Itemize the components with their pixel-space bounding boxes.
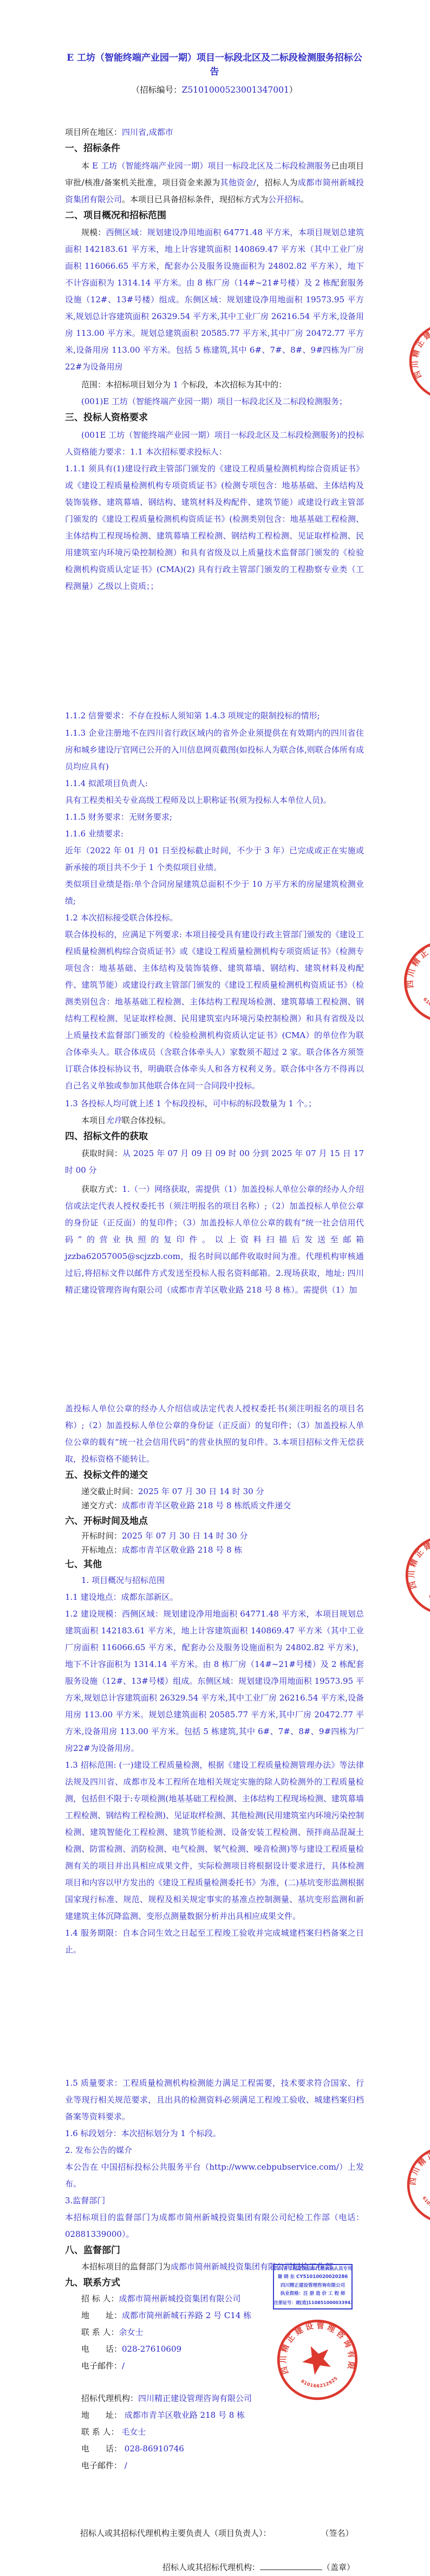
other-1-4: 1.4 服务期限：自本合同生效之日起至工程竣工验收并完成城建档案归档备案之日止。 bbox=[65, 1925, 364, 1958]
submit-method-line: 递交方式：成都市青羊区敬业路 218 号 8 栋纸质文件递交 bbox=[65, 1498, 364, 1513]
section-5-heading: 五、投标文件的递交 bbox=[65, 1468, 364, 1483]
other-1-2: 1.2 建设规模：西侧区域：规划建设净用地面积 64771.48 平方米，本项目… bbox=[65, 1606, 364, 1757]
para-1-1-4: 1.1.4 拟派项目负责人: bbox=[65, 775, 364, 792]
section-1-heading: 一、招标条件 bbox=[65, 141, 364, 156]
para-1-1-6: 1.1.6 业绩要求: bbox=[65, 826, 364, 842]
para-1-1-5: 1.1.5 财务要求：无财务要求; bbox=[65, 809, 364, 826]
svg-text:四川精正建设管理咨询有限公司: 四川精正建设管理咨询有限公司 bbox=[400, 1530, 430, 1593]
practitioner-stamp-line: 注册证号：建[造]110851000033943 bbox=[274, 2299, 351, 2307]
obtain-method-para-2: 盖投标人单位公章的经办人介绍信或法定代表人授权委托书(须注明报名的项目名称）;（… bbox=[65, 1400, 364, 1468]
agency-round-stamp-main: 四川精正建设管理咨询有限公司610166212925 bbox=[271, 2313, 363, 2406]
range-para: 范围：本招标项目划分为 1 个标段，本次招标为其中的： bbox=[65, 377, 364, 393]
para-1-3b: 本项目允许联合体投标。 bbox=[65, 1112, 364, 1129]
para-1-1-4b: 具有工程类相关专业高级工程师及以上职称证书(须为投标人本单位人员)。 bbox=[65, 792, 364, 809]
contact-agency-email: 电子邮件： / bbox=[65, 2457, 364, 2474]
signature-agency-label: 招标人或其招标代理机构： bbox=[162, 2562, 260, 2572]
tender-number-prefix: （招标编号： bbox=[132, 85, 182, 95]
para-1-2b: 联合体投标的，应满足下列要求: 本项目接受具有建设行政主管部门颁发的《建设工程质… bbox=[65, 926, 364, 1094]
practitioner-stamp-line: 四川精正建设管理咨询有限公司 bbox=[274, 2282, 351, 2290]
para-1-3: 1.3 各投标人均可就上述 1 个标段投标，可中标的标段数量为 1 个。； bbox=[65, 1095, 364, 1112]
section-7-heading: 七、其他 bbox=[65, 1557, 364, 1572]
open-time-line: 开标时间：2025 年 07 月 30 日 14 时 30 分 bbox=[65, 1529, 364, 1543]
other-1-1: 1.1 建设地点：成都东部新区。 bbox=[65, 1589, 364, 1606]
para-1-1-6b: 近年（2022 年 01 月 01 日至投标截止时间，不少于 3 年）已完成或正… bbox=[65, 842, 364, 876]
other-2-heading: 2. 发布公告的媒介 bbox=[65, 2142, 364, 2159]
signature-line-agency: 招标人或其招标代理机构：（盖章） bbox=[65, 2559, 364, 2576]
other-3-body: 本招标项目的监督部门为成都市简州新城投资集团有限公司纪检工作部（电话：02881… bbox=[65, 2209, 364, 2243]
section-4-heading: 四、招标文件的获取 bbox=[65, 1129, 364, 1144]
svg-text:610166212925: 610166212925 bbox=[299, 2374, 339, 2390]
document-body: 项目所在地区：四川省,成都市一、招标条件本 E 工坊（智能终端产业园一期）项目一… bbox=[65, 124, 364, 2474]
other-3-heading: 3.监督部门 bbox=[65, 2192, 364, 2209]
section-2-heading: 二、项目概况和招标范围 bbox=[65, 208, 364, 223]
para-1-1-2: 1.1.2 信誉要求：不存在投标人须知第 1.4.3 项规定的限制投标的情形; bbox=[65, 708, 364, 724]
section-1-para: 本 E 工坊（智能终端产业园一期）项目一标段北区及二标段检测服务已由项目审批/核… bbox=[65, 158, 364, 208]
tender-number-suffix: ） bbox=[289, 85, 298, 95]
para-1-1-1: 1.1.1 须具有(1)建设行政主管部门颁发的《建设工程质量检测机构综合资质证书… bbox=[65, 460, 364, 595]
contact-agency-person: 联 系 人： 毛女士 bbox=[65, 2424, 364, 2441]
scale-para: 规模：西侧区域：规划建设净用地面积 64771.48 平方米，本项目规划总建筑面… bbox=[65, 224, 364, 375]
section-6-heading: 六、开标时间及地点 bbox=[65, 1514, 364, 1529]
signature-sign-suffix: （签名） bbox=[321, 2528, 354, 2538]
practitioner-stamp-line: 执业资格：注 册 造 价 工 程 师 bbox=[274, 2290, 351, 2298]
seal-blank bbox=[260, 2562, 322, 2570]
practitioner-stamp-line: 谢 晓 东 CY51010020020286 bbox=[274, 2273, 351, 2281]
tender-announcement-document: E 工坊（智能终端产业园一期）项目一标段北区及二标段检测服务招标公告 （招标编号… bbox=[0, 0, 430, 2576]
obtain-method-para-1: 获取方式：1.（一）网络获取，需提供（1）加盖投标人单位公章的经办人介绍信或法定… bbox=[65, 1181, 364, 1299]
contact-agency-address: 地 址： 成都市青羊区敬业路 218 号 8 栋 bbox=[65, 2407, 364, 2424]
practitioner-stamp: 四川省工程建设招标代理从业人员专用章 谢 晓 东 CY5101002002028… bbox=[273, 2264, 353, 2309]
lot-para: (001)E 工坊（智能终端产业园一期）项目一标段北区及二标段检测服务； bbox=[65, 393, 364, 410]
project-location-line: 项目所在地区：四川省,成都市 bbox=[65, 124, 364, 141]
signature-blank bbox=[271, 2528, 321, 2536]
open-place-line: 开标地点：成都市青羊区敬业路 218 号 8 栋 bbox=[65, 1543, 364, 1557]
section-3-heading: 三、投标人资格要求 bbox=[65, 410, 364, 425]
tender-number: Z5101000523001347001 bbox=[182, 85, 289, 95]
other-1-5: 1.5 质量要求：工程质量检测机构检测能力满足工程需要，技术要求符合国家、行业等… bbox=[65, 2075, 364, 2125]
signature-seal-suffix: （盖章） bbox=[322, 2562, 355, 2572]
signature-line-leader: 招标人或其招标代理机构主要负责人（项目负责人）：（签名） bbox=[65, 2525, 364, 2542]
tender-number-line: （招标编号：Z5101000523001347001） bbox=[65, 83, 364, 96]
signature-leader-label: 招标人或其招标代理机构主要负责人（项目负责人）： bbox=[80, 2528, 271, 2538]
contact-agency-phone: 电 话： 028-86910746 bbox=[65, 2441, 364, 2457]
para-1-1-3: 1.1.3 企业注册地不在四川省行政区域内的省外企业须提供在有效期内的四川省住房… bbox=[65, 725, 364, 775]
qualification-intro: (001E 工坊（智能终端产业园一期）项目一标段北区及二标段检测服务)的投标人资… bbox=[65, 427, 364, 460]
round-stamp-graphic: 四川精正建设管理咨询有限公司610166212925 bbox=[271, 2313, 363, 2406]
para-1-2: 1.2 本次招标接受联合体投标。 bbox=[65, 910, 364, 926]
document-title: E 工坊（智能终端产业园一期）项目一标段北区及二标段检测服务招标公告 bbox=[65, 51, 364, 79]
obtain-time-line: 获取时间：从 2025 年 07 月 09 日 09 时 00 分到 2025 … bbox=[65, 1145, 364, 1179]
section-8-heading: 八、监督部门 bbox=[65, 2243, 364, 2258]
other-1-heading: 1. 项目概况与招标范围 bbox=[65, 1572, 364, 1589]
document-content: E 工坊（智能终端产业园一期）项目一标段北区及二标段检测服务招标公告 （招标编号… bbox=[0, 0, 430, 2576]
practitioner-stamp-line: 四川省工程建设招标代理从业人员专用章 bbox=[274, 2265, 351, 2273]
para-1-1-6c: 类似项目业绩是指:单个合同房屋建筑总面积不少于 10 万平方米的房屋建筑检测业绩… bbox=[65, 876, 364, 910]
submit-deadline-line: 递交截止时间：2025 年 07 月 30 日 14 时 30 分 bbox=[65, 1484, 364, 1498]
other-2-body: 本公告在 中国招标投标公共服务平台（http://www.cebpubservi… bbox=[65, 2159, 364, 2192]
svg-text:610166212925: 610166212925 bbox=[427, 1590, 430, 1605]
other-1-6: 1.6 标段划分：本次招标划分为 1 个标段。 bbox=[65, 2125, 364, 2142]
svg-text:610166212925: 610166212925 bbox=[421, 996, 430, 1014]
other-1-3: 1.3 招标范围: (一)建设工程质量检测，根据《建设工程质量检测管理办法》等法… bbox=[65, 1757, 364, 1925]
